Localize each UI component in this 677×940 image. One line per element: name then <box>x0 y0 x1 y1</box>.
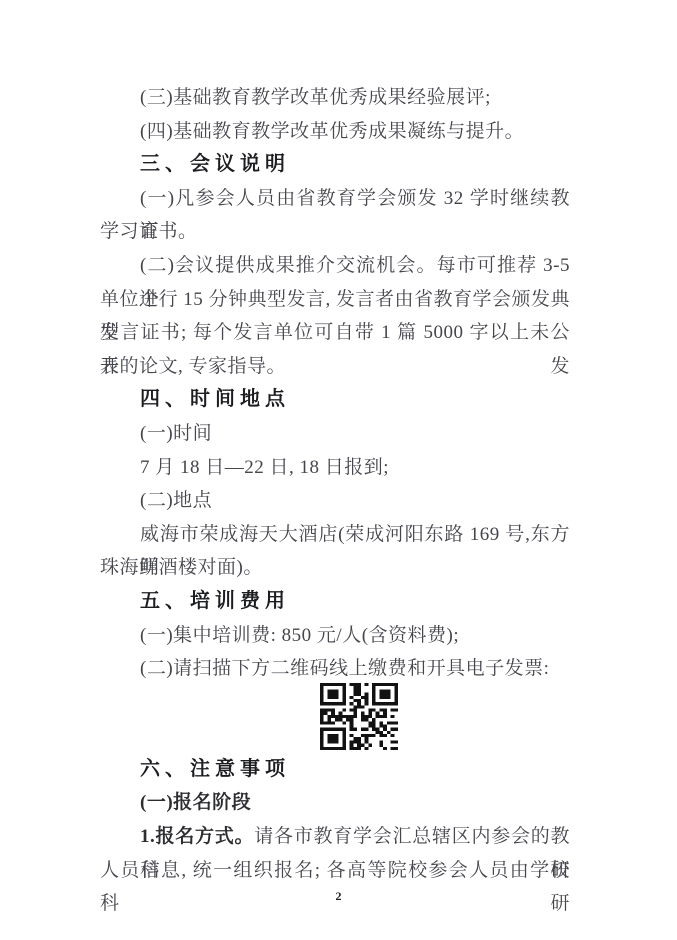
paragraph-line: (二)请扫描下方二维码线上缴费和开具电子发票: <box>100 652 570 686</box>
paragraph-line: 1.报名方式。请各市教育学会汇总辖区内参会的教科研 <box>100 820 570 854</box>
section-heading: 三、会议说明 <box>100 148 570 182</box>
document-body: (三)基础教育教学改革优秀成果经验展评;(四)基础教育教学改革优秀成果凝练与提升… <box>100 81 570 887</box>
text-run: 1.报名方式。 <box>140 826 254 847</box>
page-number: 2 <box>0 889 677 904</box>
payment-qr-code <box>320 683 398 750</box>
section-heading: 五、培训费用 <box>100 585 570 619</box>
paragraph-line: 学习证书。 <box>100 215 570 249</box>
section-heading: 四、时间地点 <box>100 383 570 417</box>
paragraph-line: (三)基础教育教学改革优秀成果经验展评; <box>100 81 570 115</box>
qr-code-svg <box>320 683 398 750</box>
section-heading: 六、注意事项 <box>100 753 570 787</box>
paragraph-line: (二)会议提供成果推介交流机会。每市可推荐 3-5 个 <box>100 249 570 283</box>
paragraph-line: 单位进行 15 分钟典型发言, 发言者由省教育学会颁发典型 <box>100 283 570 317</box>
paragraph-line: (一)报名阶段 <box>100 786 570 820</box>
paragraph-line: (一)集中培训费: 850 元/人(含资料费); <box>100 619 570 653</box>
paragraph-line: 珠海鲜酒楼对面)。 <box>100 551 570 585</box>
paragraph-line: 7 月 18 日—22 日, 18 日报到; <box>100 451 570 485</box>
paragraph-line: 威海市荣成海天大酒店(荣成河阳东路 169 号,东方明 <box>100 518 570 552</box>
paragraph-line: (一)时间 <box>100 417 570 451</box>
document-page: (三)基础教育教学改革优秀成果经验展评;(四)基础教育教学改革优秀成果凝练与提升… <box>0 0 677 940</box>
paragraph-line: (四)基础教育教学改革优秀成果凝练与提升。 <box>100 115 570 149</box>
paragraph-line: 人员信息, 统一组织报名; 各高等院校参会人员由学校科研 <box>100 854 570 888</box>
paragraph-line: (一)凡参会人员由省教育学会颁发 32 学时继续教育 <box>100 182 570 216</box>
paragraph-line: (二)地点 <box>100 484 570 518</box>
qr-code-row <box>100 686 570 753</box>
paragraph-line: 发言证书; 每个发言单位可自带 1 篇 5000 字以上未公开发 <box>100 316 570 350</box>
